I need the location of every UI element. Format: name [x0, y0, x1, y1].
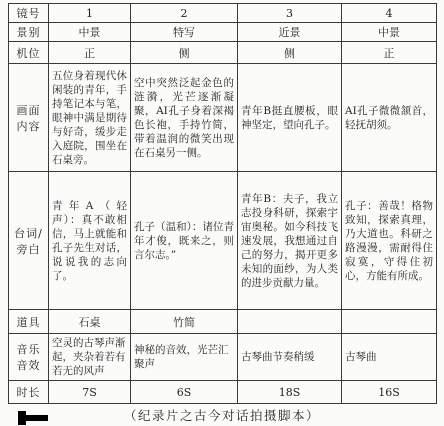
table-cell: 青年B：夫子，我立志投身科研，探索宇宙奥秘。如今科技飞速发展，我想通过自己的努力…	[238, 172, 342, 310]
storyboard-table: 镜号 1 2 3 4 景别 中景 特写 近景 中景 机位 正 侧 侧 正 画面内…	[8, 3, 437, 404]
table-cell: 神秘的音效，光芒汇聚声	[131, 334, 238, 381]
table-cell: 7S	[49, 381, 131, 404]
table-cell: 正	[49, 42, 131, 64]
table-row-props: 道具 石桌 竹简	[9, 310, 437, 334]
table-cell: 侧	[131, 42, 238, 64]
table-cell: 五位身着现代休闲装的青年，手持笔记本与笔，眼神中满是期待与好奇，缓步走入庭院，围…	[49, 64, 131, 172]
table-row-shot-scale: 景别 中景 特写 近景 中景	[9, 23, 437, 42]
table-cell: 石桌	[49, 310, 131, 334]
table-row-dialogue-narration: 台词/旁白 青年A（轻声）：真不敢相信，马上就能和孔子先生对话，说说我的志向了。…	[9, 172, 437, 310]
table-cell	[342, 310, 437, 334]
table-cell: 青年A（轻声）：真不敢相信，马上就能和孔子先生对话，说说我的志向了。	[49, 172, 131, 310]
table-row-music-sfx: 音乐音效 空灵的古琴声渐起，夹杂着若有若无的风声 神秘的音效，光芒汇聚声 古琴曲…	[9, 334, 437, 381]
table-cell: 6S	[131, 381, 238, 404]
row-label: 台词/旁白	[9, 172, 49, 310]
table-cell: 中景	[49, 23, 131, 42]
table-cell: 侧	[238, 42, 342, 64]
table-cell: 古琴曲节奏稍缓	[238, 334, 342, 381]
row-label: 机位	[9, 42, 49, 64]
table-cell: 16S	[342, 381, 437, 404]
row-label: 画面内容	[9, 64, 49, 172]
table-cell: 1	[49, 4, 131, 23]
table-cell: 中景	[342, 23, 437, 42]
table-cell: 孔子：善哉！格物致知，探索真理，乃大道也。科研之路漫漫，需耐得住寂寞，守得住初心…	[342, 172, 437, 310]
table-cell: 孔子（温和）：诸位青年才俊，既来之，则言尔志。”	[131, 172, 238, 310]
table-row-camera-position: 机位 正 侧 侧 正	[9, 42, 437, 64]
row-label: 音乐音效	[9, 334, 49, 381]
table-cell: 正	[342, 42, 437, 64]
table-caption: （纪录片之古今对话拍摄脚本）	[0, 406, 444, 424]
row-label: 镜号	[9, 4, 49, 23]
table-cell: 近景	[238, 23, 342, 42]
table-cell	[238, 310, 342, 334]
table-cell: 古琴曲	[342, 334, 437, 381]
table-cell: 4	[342, 4, 437, 23]
table-cell: 2	[131, 4, 238, 23]
table-cell: 3	[238, 4, 342, 23]
table-row-shot-number: 镜号 1 2 3 4	[9, 4, 437, 23]
row-label: 时长	[9, 381, 49, 404]
table-cell: 空灵的古琴声渐起，夹杂着若有若无的风声	[49, 334, 131, 381]
row-label: 景别	[9, 23, 49, 42]
table-row-duration: 时长 7S 6S 18S 16S	[9, 381, 437, 404]
table-cell: 18S	[238, 381, 342, 404]
table-cell: 特写	[131, 23, 238, 42]
page-footer: （纪录片之古今对话拍摄脚本）	[0, 402, 444, 426]
table-row-frame-content: 画面内容 五位身着现代休闲装的青年，手持笔记本与笔，眼神中满是期待与好奇，缓步走…	[9, 64, 437, 172]
row-label: 道具	[9, 310, 49, 334]
table-cell: 空中突然泛起金色的涟漪，光芒逐渐凝聚，AI孔子身着深褐色长袍，手持竹简，带着温润…	[131, 64, 238, 172]
table-cell: 竹简	[131, 310, 238, 334]
table-cell: 青年B挺直腰板，眼神坚定，望向孔子。	[238, 64, 342, 172]
table-cell: AI孔子微微颔首，轻抚胡须。	[342, 64, 437, 172]
